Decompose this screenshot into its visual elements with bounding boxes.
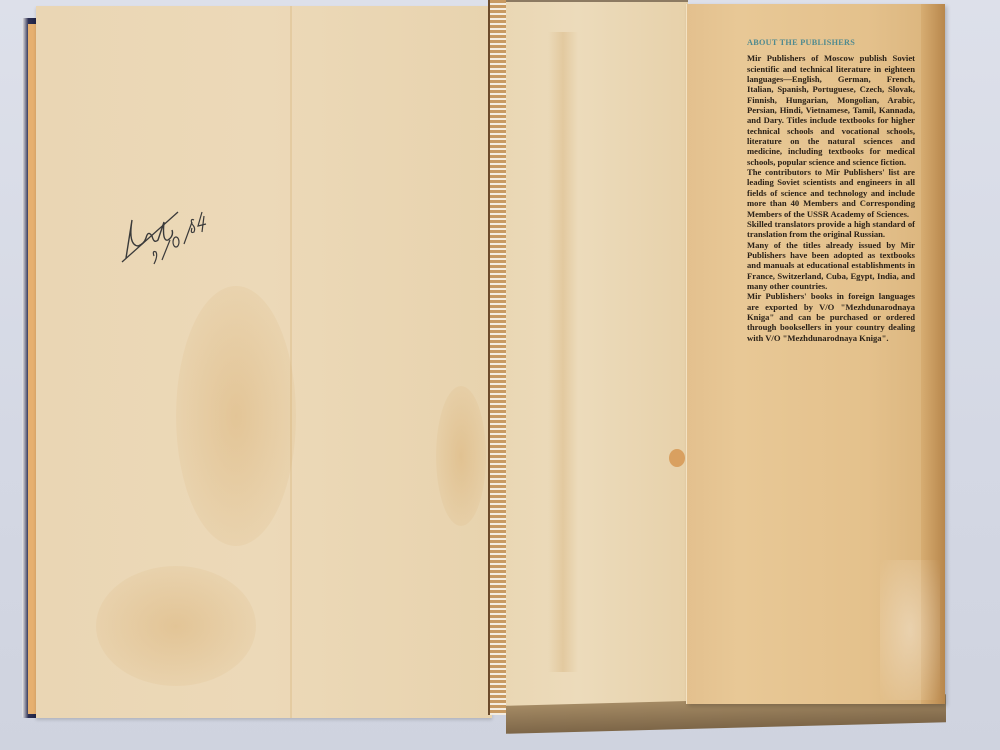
right-endpaper <box>506 2 688 720</box>
age-stain <box>436 386 486 526</box>
handwritten-signature <box>118 200 213 270</box>
blurb-paragraph: Many of the titles already issued by Mir… <box>747 240 915 292</box>
publisher-blurb: ABOUT THE PUBLISHERS Mir Publishers of M… <box>747 38 915 343</box>
blurb-paragraph: The contributors to Mir Publishers' list… <box>747 167 915 219</box>
left-endpaper <box>36 6 492 718</box>
flap-heading: ABOUT THE PUBLISHERS <box>747 38 915 48</box>
blurb-paragraph: Mir Publishers' books in foreign languag… <box>747 291 915 343</box>
age-stain <box>548 32 578 672</box>
age-stain <box>96 566 256 686</box>
stain-spot <box>669 449 685 467</box>
blurb-paragraph: Mir Publishers of Moscow publish Soviet … <box>747 53 915 167</box>
tape-glare <box>880 560 940 700</box>
blurb-paragraph: Skilled translators provide a high stand… <box>747 219 915 240</box>
age-stain <box>176 286 296 546</box>
